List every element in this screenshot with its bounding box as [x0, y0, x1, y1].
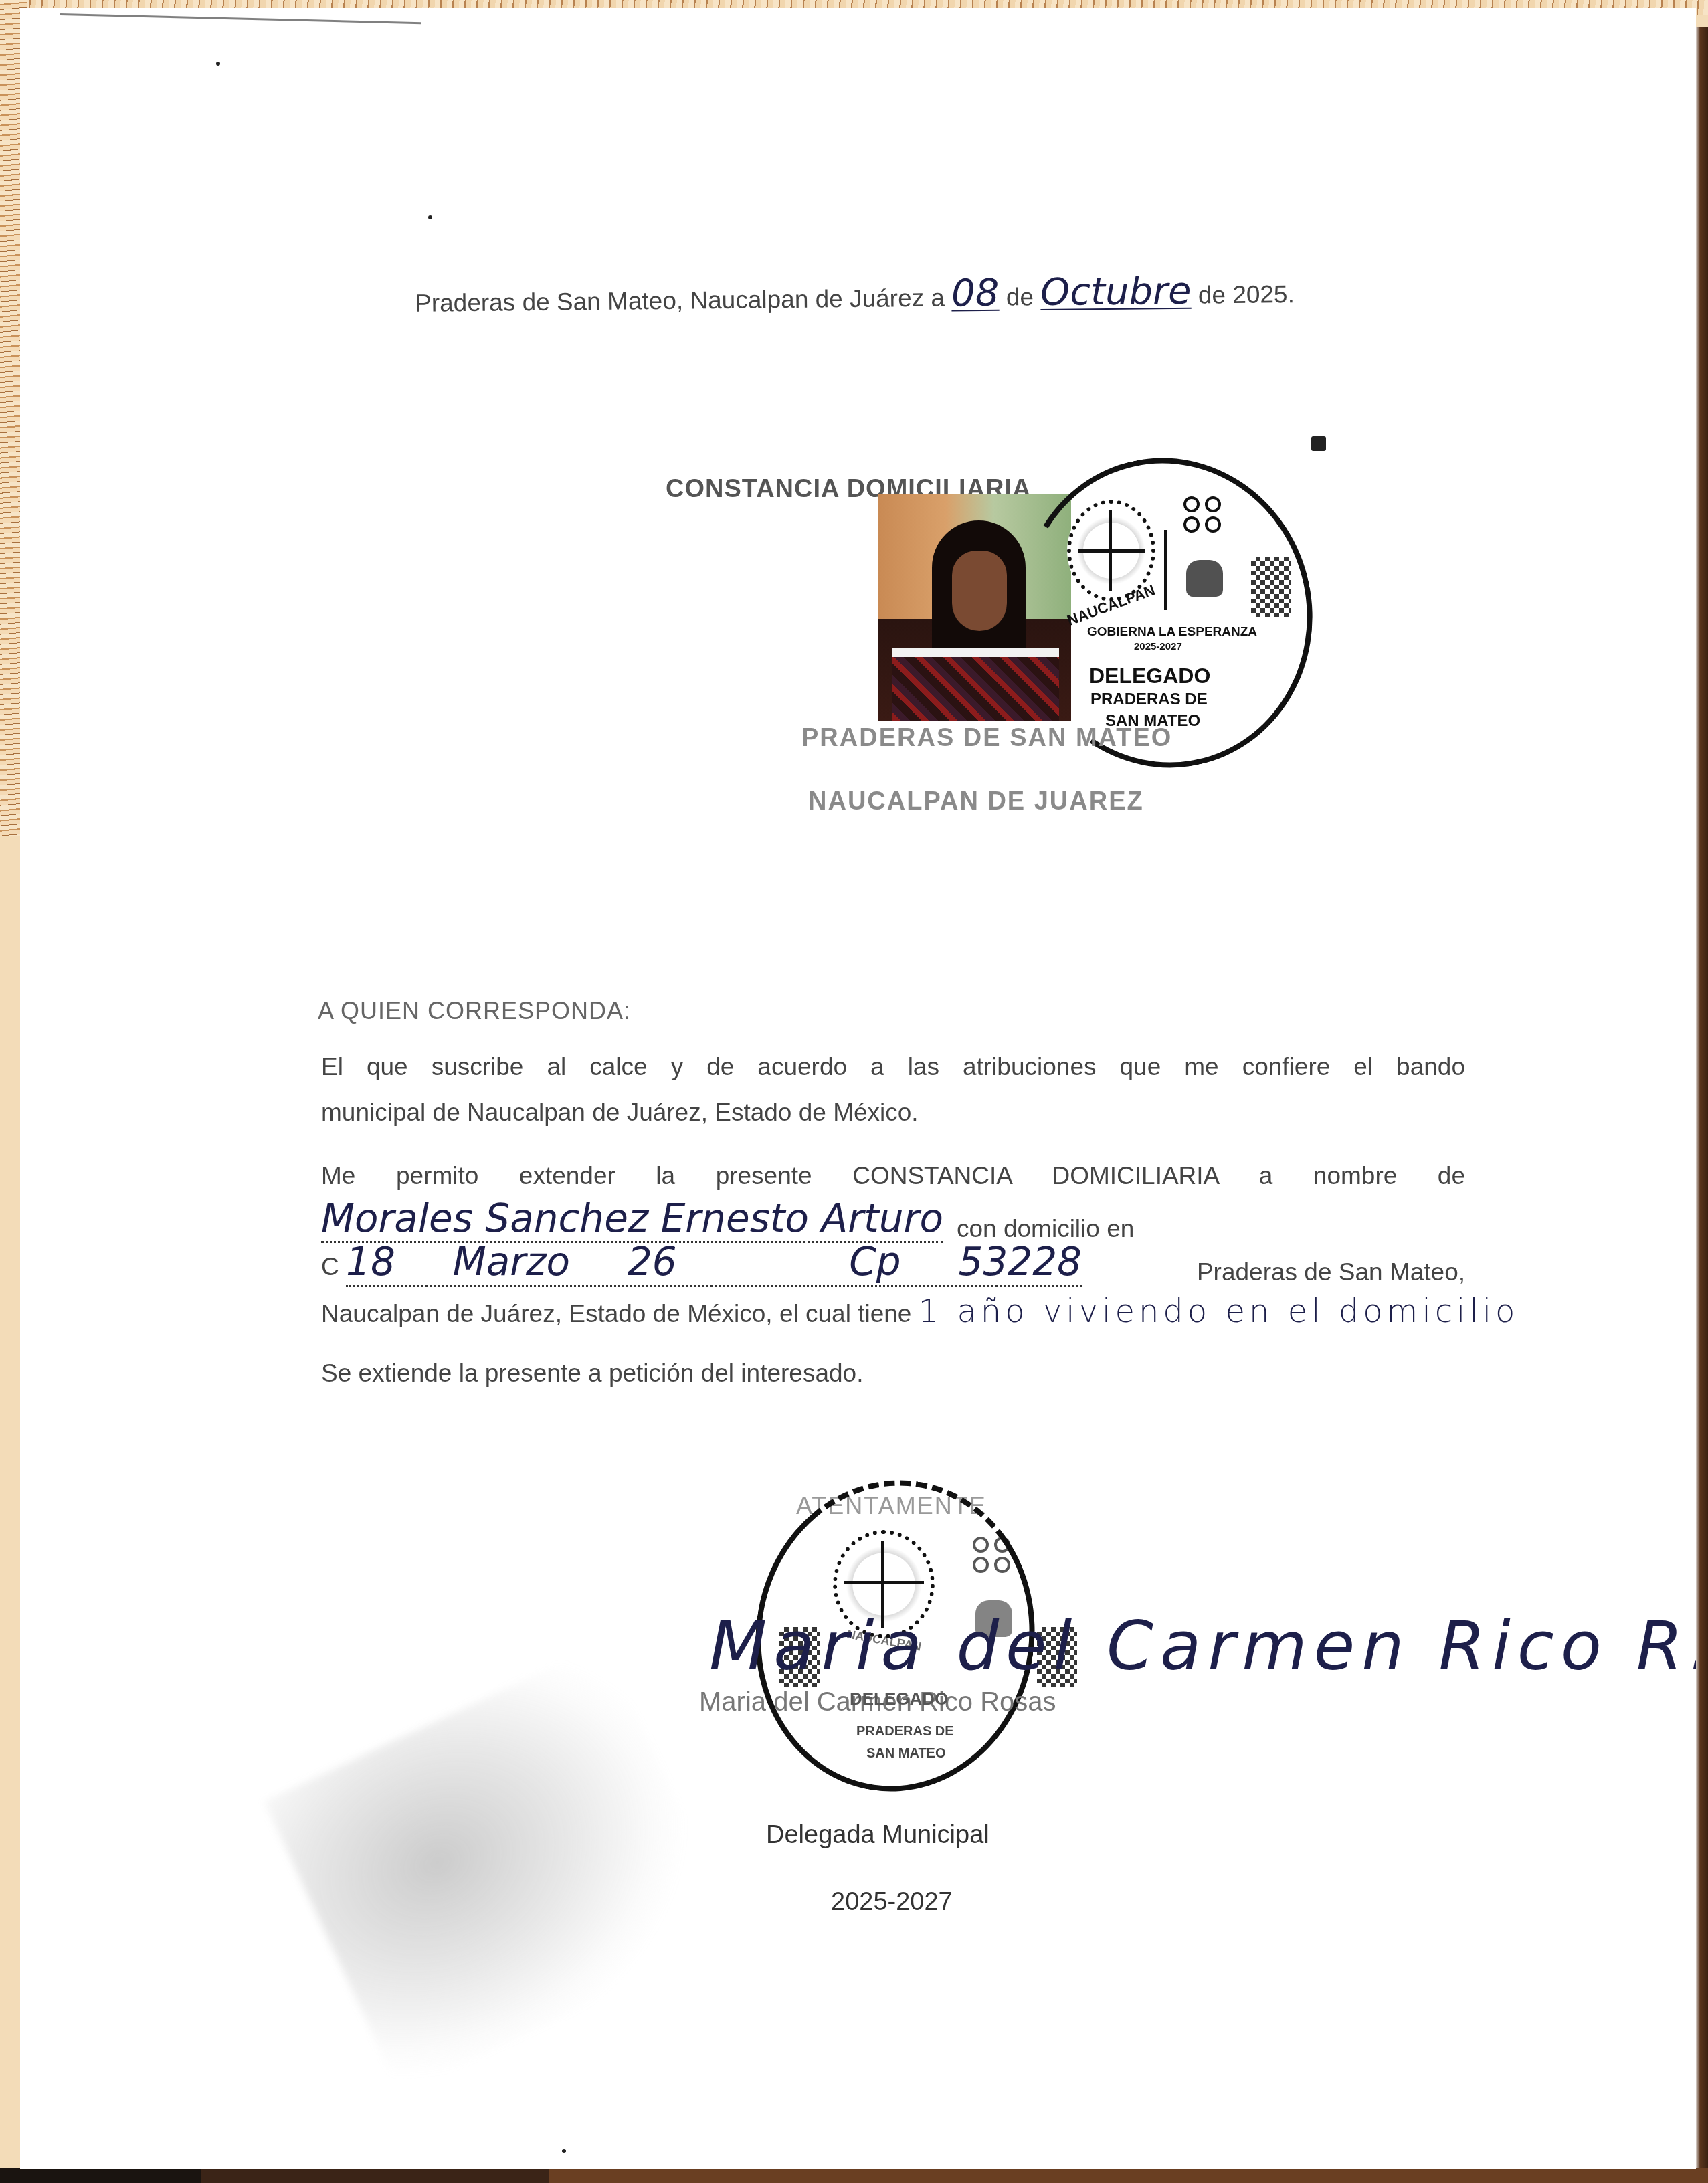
date-connector: de: [1006, 283, 1034, 310]
stamp-line-1: DELEGADO: [1089, 664, 1210, 688]
figure-emblem-icon: [1181, 496, 1228, 597]
after-address-text: Praderas de San Mateo,: [1197, 1258, 1465, 1287]
place-date-line: Praderas de San Mateo, Naucalpan de Juár…: [415, 267, 1419, 321]
speck: [428, 215, 432, 219]
stamp-period: 2025-2027: [1134, 641, 1182, 652]
signatory-term: 2025-2027: [831, 1888, 953, 1917]
salutation: A QUIEN CORRESPONDA:: [318, 997, 631, 1025]
subtitle-municipality: NAUCALPAN DE JUAREZ: [808, 787, 1144, 816]
address-prefix: C: [321, 1253, 339, 1280]
speck: [1311, 436, 1326, 451]
paragraph-3: Se extiende la presente a petición del i…: [321, 1359, 1465, 1388]
paper-crease: [60, 13, 421, 24]
desk-background-right: [1695, 27, 1708, 2174]
seal-cross: [844, 1581, 924, 1584]
speck: [216, 62, 220, 66]
signature-handwritten: Maria del Carmen Rico R.: [709, 1607, 1696, 1685]
qr-pattern-icon: [1251, 557, 1291, 617]
holder-name-handwritten: Morales Sanchez Ernesto Arturo: [321, 1196, 943, 1243]
subtitle-colony: PRADERAS DE SAN MATEO: [801, 724, 1172, 753]
paragraph-2-line-1: Me permito extender la presente CONSTANC…: [321, 1162, 1465, 1190]
place-text: Praderas de San Mateo, Naucalpan de Juár…: [415, 284, 945, 317]
photo-face: [952, 551, 1007, 631]
address-handwritten: 18 Marzo 26 Cp 53228: [346, 1239, 1082, 1287]
day-handwritten: 08: [951, 272, 1000, 316]
signatory-role: Delegada Municipal: [766, 1821, 989, 1850]
document-page: Praderas de San Mateo, Naucalpan de Juár…: [20, 8, 1696, 2169]
year-text: de 2025.: [1198, 280, 1295, 309]
paragraph-1-line-2: municipal de Naucalpan de Juárez, Estado…: [321, 1099, 1465, 1127]
paragraph-2-line-3: C 18 Marzo 26 Cp 53228 Praderas de San M…: [321, 1239, 1465, 1287]
residence-time-handwritten: 1 año viviendo en el domicilio: [919, 1293, 1519, 1330]
line-4-prefix: Naucalpan de Juárez, Estado de México, e…: [321, 1300, 911, 1327]
toner-smudge: [264, 1643, 739, 2093]
speck: [562, 2149, 566, 2153]
paragraph-1-line-1: El que suscribe al calce y de acuerdo a …: [321, 1053, 1465, 1081]
stamp-line-1: DELEGADO: [850, 1689, 948, 1709]
stamp-motto: GOBIERNA LA ESPERANZA: [1087, 625, 1257, 640]
seal-cross: [1078, 549, 1145, 553]
stamp-divider: [1164, 530, 1167, 610]
paragraph-2-line-2: Morales Sanchez Ernesto Arturo con domic…: [321, 1196, 1465, 1243]
stamp-line-2: PRADERAS DE: [856, 1724, 954, 1739]
stamp-line-2: PRADERAS DE: [1090, 690, 1208, 709]
month-handwritten: Octubre: [1040, 270, 1192, 314]
stamp-line-3: SAN MATEO: [866, 1746, 946, 1762]
paragraph-2-line-4: Naucalpan de Juárez, Estado de México, e…: [321, 1293, 1659, 1330]
desk-background-bottom: [0, 2168, 1708, 2183]
